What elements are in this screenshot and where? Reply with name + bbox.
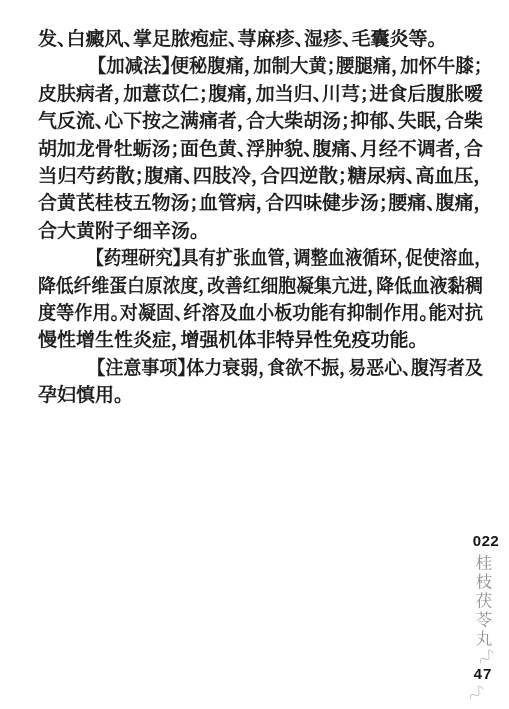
page-number: 47 (470, 666, 496, 683)
body-text-line: 胡加龙骨牡蛎汤；面色黄、浮肿貌、腹痛、月经不调者，合 (38, 136, 483, 163)
chapter-title-vertical: 桂枝茯苓丸 (470, 554, 494, 654)
body-text-line: 发、白癜风、掌足脓疱症、荨麻疹、湿疹、毛囊炎等。 (38, 26, 483, 53)
body-text-line: 皮肤病者，加薏苡仁；腹痛，加当归、川芎；进食后腹胀嗳 (38, 81, 483, 108)
item-number: 022 (472, 533, 500, 550)
body-text-line: 降低纤维蛋白原浓度，改善红细胞凝集亢进，降低血液黏稠 (38, 273, 483, 300)
body-text: 发、白癜风、掌足脓疱症、荨麻疹、湿疹、毛囊炎等。 【加减法】便秘腹痛，加制大黄；… (38, 26, 483, 409)
decorative-squiggle-icon (466, 684, 487, 702)
body-text-line: 合大黄附子细辛汤。 (38, 218, 483, 245)
body-text-line: 【加减法】便秘腹痛，加制大黄；腰腿痛，加怀牛膝； (38, 53, 483, 80)
book-page: 发、白癜风、掌足脓疱症、荨麻疹、湿疹、毛囊炎等。 【加减法】便秘腹痛，加制大黄；… (0, 0, 509, 709)
body-text-line: 当归芍药散；腹痛、四肢冷，合四逆散；糖尿病、高血压， (38, 163, 483, 190)
body-text-line: 【注意事项】体力衰弱，食欲不振，易恶心、腹泻者及 (38, 355, 483, 382)
body-text-line: 【药理研究】具有扩张血管，调整血液循环，促使溶血， (38, 245, 483, 272)
body-text-line: 度等作用。对凝固、纤溶及血小板功能有抑制作用。能对抗 (38, 300, 483, 327)
body-text-line: 合黄芪桂枝五物汤；血管病，合四味健步汤；腰痛、腹痛， (38, 190, 483, 217)
body-text-line: 孕妇慎用。 (38, 382, 483, 409)
body-text-line: 慢性增生性炎症，增强机体非特异性免疫功能。 (38, 327, 483, 354)
body-text-line: 气反流、心下按之满痛者，合大柴胡汤；抑郁、失眠，合柴 (38, 108, 483, 135)
